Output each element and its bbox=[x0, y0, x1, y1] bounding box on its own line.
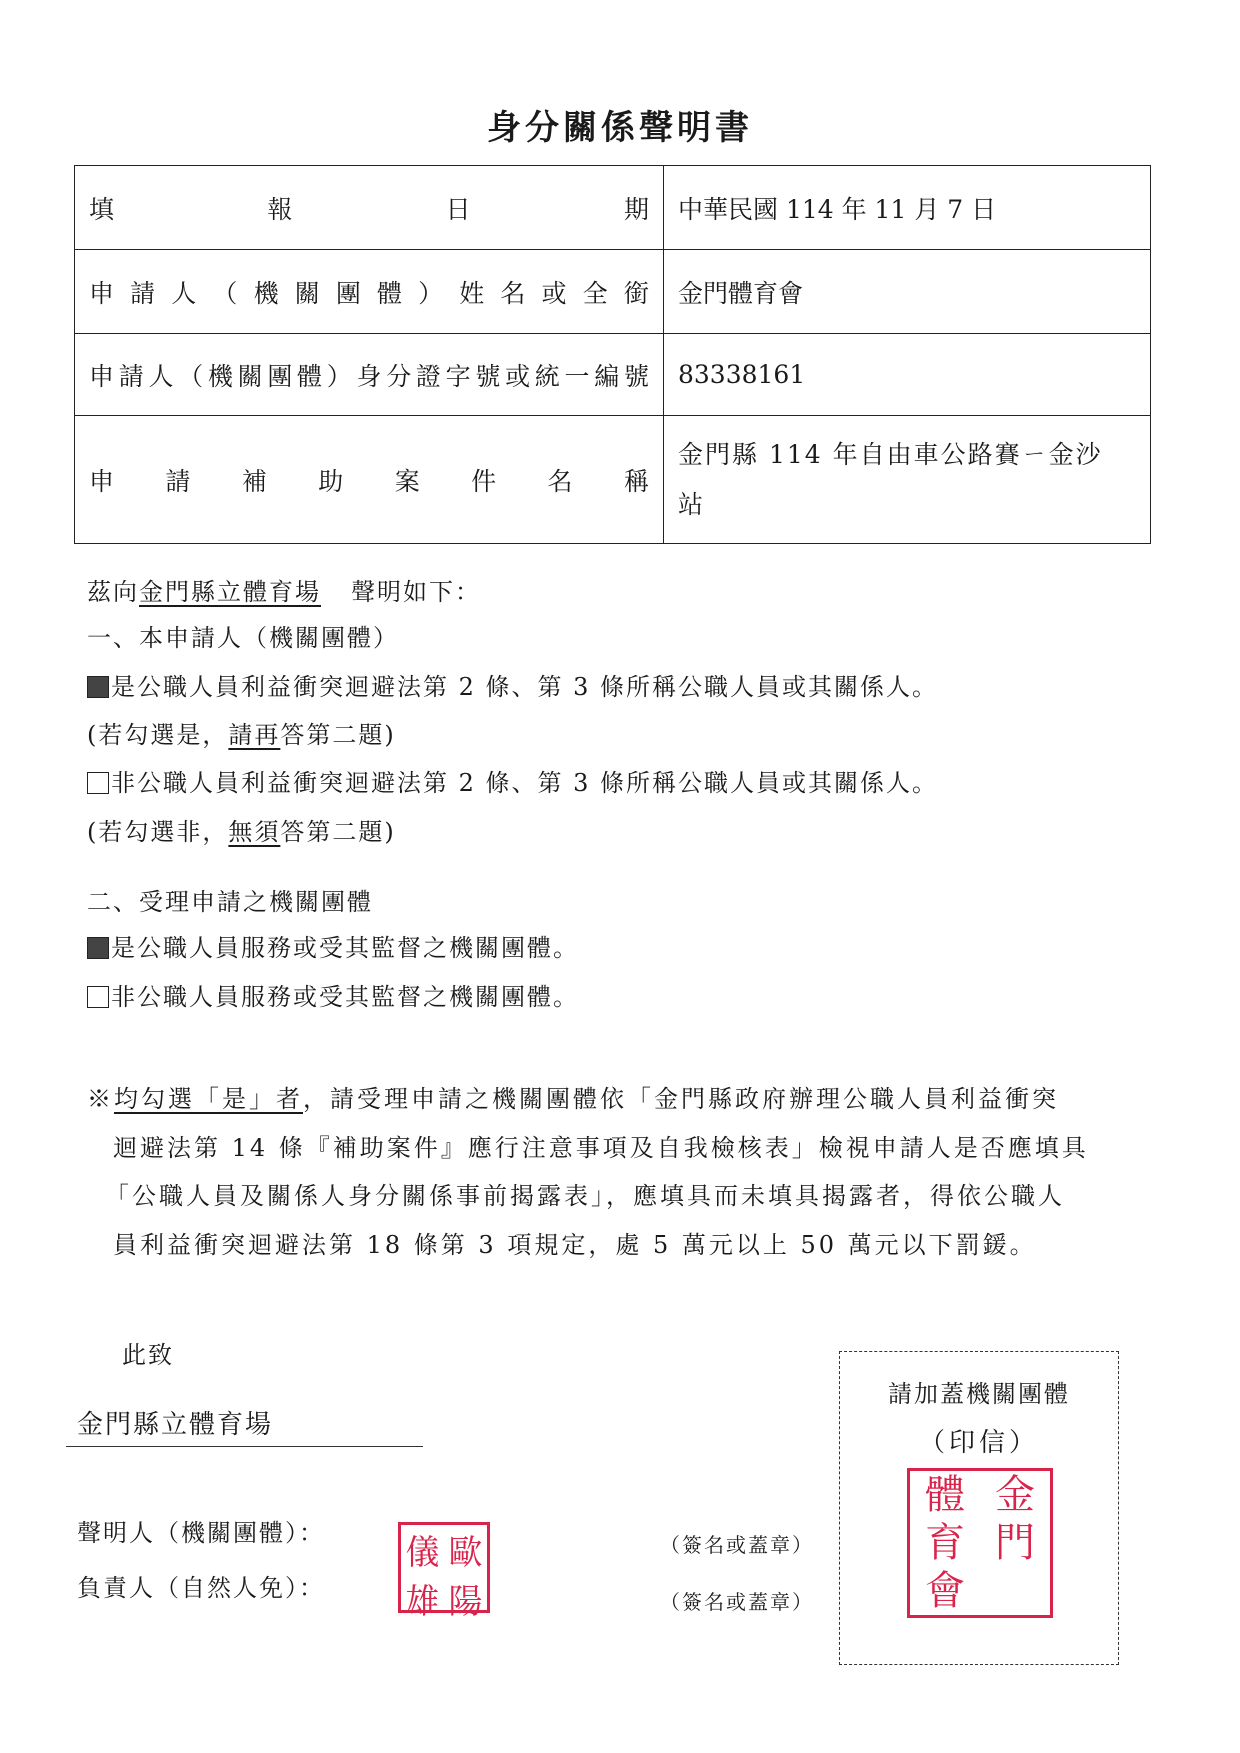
label-char: 一 bbox=[565, 357, 590, 393]
label-char: 統 bbox=[535, 357, 560, 393]
hint-yes-pre: (若勾選是， bbox=[87, 721, 228, 749]
label-char: 稱 bbox=[624, 462, 649, 498]
section1-option-yes-text: 是公職人員利益衝突迴避法第 2 條、第 3 條所稱公職人員或其關係人。 bbox=[111, 673, 938, 701]
case-name-line1: 金門縣 114 年自由車公路賽ㄧ金沙 bbox=[678, 430, 1136, 480]
checkbox-unchecked-icon[interactable] bbox=[87, 772, 109, 794]
label-char: 或 bbox=[542, 274, 567, 310]
org-seal: 體 金 育 門 會 bbox=[907, 1468, 1053, 1618]
label-char: 銜 bbox=[624, 274, 649, 310]
label-applicant-name: 申請人（機關團體）姓名或全銜 bbox=[75, 250, 664, 334]
note-line-1: ※均勾選「是」者，請受理申請之機關團體依「金門縣政府辦理公職人員利益衝突 bbox=[87, 1075, 1157, 1124]
label-char: （ bbox=[212, 274, 237, 310]
personal-seal: 儀 歐 雄 陽 bbox=[398, 1522, 490, 1613]
label-char: 名 bbox=[500, 274, 525, 310]
hint-no-pre: (若勾選非， bbox=[87, 818, 228, 846]
label-char: 編 bbox=[594, 357, 619, 393]
note-line-4: 員利益衝突迴避法第 18 條第 3 項規定，處 5 萬元以上 50 萬元以下罰鍰… bbox=[87, 1221, 1157, 1270]
label-char: 字 bbox=[446, 357, 471, 393]
value-applicant-id: 83338161 bbox=[664, 334, 1151, 416]
info-table: 填報日期 中華民國 114 年 11 月 7 日 申請人（機關團體）姓名或全銜 … bbox=[74, 165, 1151, 544]
label-char: 團 bbox=[336, 274, 361, 310]
hint-yes-post: 答第二題) bbox=[280, 721, 395, 749]
stamp-box-line2: （印信） bbox=[840, 1422, 1118, 1459]
section2-option-no-text: 非公職人員服務或受其監督之機關團體。 bbox=[111, 983, 579, 1011]
seal-char bbox=[980, 1567, 1050, 1615]
declarant-sign-hint: （簽名或蓋章） bbox=[660, 1530, 814, 1560]
intro-recipient: 金門縣立體育場 bbox=[139, 578, 351, 606]
label-char: 號 bbox=[475, 357, 500, 393]
section1-hint-yes: (若勾選是，請再答第二題) bbox=[87, 720, 396, 750]
label-char: 申 bbox=[89, 462, 114, 498]
section1-option-no[interactable]: 非公職人員利益衝突迴避法第 2 條、第 3 條所稱公職人員或其關係人。 bbox=[87, 768, 938, 798]
label-char: 分 bbox=[386, 357, 411, 393]
responsible-sign-hint: （簽名或蓋章） bbox=[660, 1587, 814, 1617]
seal-char: 金 bbox=[980, 1471, 1050, 1519]
checkbox-checked-icon[interactable] bbox=[87, 937, 109, 959]
label-char: 期 bbox=[624, 190, 649, 226]
label-char: 機 bbox=[208, 357, 233, 393]
label-char: 補 bbox=[242, 462, 267, 498]
stamp-box-line1: 請加蓋機關團體 bbox=[840, 1374, 1118, 1409]
value-case-name: 金門縣 114 年自由車公路賽ㄧ金沙 站 bbox=[664, 416, 1151, 544]
table-row-applicant-id: 申請人（機關團體）身分證字號或統一編號 83338161 bbox=[75, 334, 1151, 416]
section2-option-yes-text: 是公職人員服務或受其監督之機關團體。 bbox=[111, 934, 579, 962]
label-char: 體 bbox=[297, 357, 322, 393]
seal-char: 門 bbox=[980, 1519, 1050, 1567]
document-title: 身分關係聲明書 bbox=[0, 100, 1240, 149]
section2-heading: 二、受理申請之機關團體 bbox=[87, 887, 373, 917]
note-emphasis: 均勾選「是」者 bbox=[114, 1085, 303, 1113]
closing-salutation: 此致 bbox=[122, 1340, 174, 1370]
seal-char: 儀 bbox=[401, 1525, 444, 1574]
label-char: 姓 bbox=[459, 274, 484, 310]
section1-option-yes[interactable]: 是公職人員利益衝突迴避法第 2 條、第 3 條所稱公職人員或其關係人。 bbox=[87, 672, 938, 702]
label-char: 全 bbox=[583, 274, 608, 310]
label-char: 關 bbox=[238, 357, 263, 393]
label-char: 名 bbox=[548, 462, 573, 498]
seal-char: 雄 bbox=[401, 1574, 444, 1623]
note-paragraph: ※均勾選「是」者，請受理申請之機關團體依「金門縣政府辦理公職人員利益衝突 迴避法… bbox=[87, 1075, 1157, 1269]
note-line1-rest: ，請受理申請之機關團體依「金門縣政府辦理公職人員利益衝突 bbox=[303, 1085, 1059, 1113]
label-char: 證 bbox=[416, 357, 441, 393]
label-char: 報 bbox=[267, 190, 292, 226]
seal-char: 歐 bbox=[444, 1525, 487, 1574]
addressee-underline bbox=[66, 1446, 423, 1447]
label-char: ） bbox=[418, 274, 443, 310]
label-char: 請 bbox=[130, 274, 155, 310]
label-char: 號 bbox=[624, 357, 649, 393]
label-char: 件 bbox=[471, 462, 496, 498]
section1-heading: 一、本申請人（機關團體） bbox=[87, 623, 399, 653]
label-char: 申 bbox=[89, 274, 114, 310]
label-char: 助 bbox=[318, 462, 343, 498]
closing-addressee: 金門縣立體育場 bbox=[77, 1410, 273, 1440]
hint-no-post: 答第二題) bbox=[280, 818, 395, 846]
label-char: 關 bbox=[295, 274, 320, 310]
label-char: 人 bbox=[171, 274, 196, 310]
seal-char: 育 bbox=[910, 1519, 980, 1567]
section2-option-no[interactable]: 非公職人員服務或受其監督之機關團體。 bbox=[87, 982, 579, 1012]
value-applicant-name: 金門體育會 bbox=[664, 250, 1151, 334]
table-row-applicant-name: 申請人（機關團體）姓名或全銜 金門體育會 bbox=[75, 250, 1151, 334]
intro-suffix: 聲明如下： bbox=[351, 578, 481, 606]
section1-option-no-text: 非公職人員利益衝突迴避法第 2 條、第 3 條所稱公職人員或其關係人。 bbox=[111, 769, 938, 797]
section2-option-yes[interactable]: 是公職人員服務或受其監督之機關團體。 bbox=[87, 933, 579, 963]
seal-char: 陽 bbox=[444, 1574, 487, 1623]
label-char: 體 bbox=[377, 274, 402, 310]
label-char: ） bbox=[327, 357, 352, 393]
responsible-label: 負責人（自然人免）： bbox=[77, 1573, 325, 1603]
label-char: 或 bbox=[505, 357, 530, 393]
value-fill-date: 中華民國 114 年 11 月 7 日 bbox=[664, 166, 1151, 250]
checkbox-checked-icon[interactable] bbox=[87, 676, 109, 698]
label-char: 請 bbox=[165, 462, 190, 498]
section1-hint-no: (若勾選非，無須答第二題) bbox=[87, 817, 396, 847]
seal-char: 會 bbox=[910, 1567, 980, 1615]
label-char: 機 bbox=[254, 274, 279, 310]
label-char: 案 bbox=[395, 462, 420, 498]
label-char: 人 bbox=[148, 357, 173, 393]
hint-no-emph: 無須 bbox=[228, 818, 280, 846]
note-line-3: 「公職人員及關係人身分關係事前揭露表」，應填具而未填具揭露者，得依公職人 bbox=[87, 1172, 1157, 1221]
label-case-name: 申請補助案件名稱 bbox=[75, 416, 664, 544]
note-mark-icon: ※ bbox=[87, 1085, 114, 1113]
table-row-case-name: 申請補助案件名稱 金門縣 114 年自由車公路賽ㄧ金沙 站 bbox=[75, 416, 1151, 544]
note-line-2: 迴避法第 14 條『補助案件』應行注意事項及自我檢核表」檢視申請人是否應填具 bbox=[87, 1124, 1157, 1173]
hint-yes-emph: 請再 bbox=[228, 721, 280, 749]
label-fill-date: 填報日期 bbox=[75, 166, 664, 250]
label-char: 團 bbox=[267, 357, 292, 393]
label-char: 請 bbox=[119, 357, 144, 393]
label-char: 申 bbox=[89, 357, 114, 393]
intro-line: 茲向金門縣立體育場聲明如下： bbox=[87, 577, 481, 607]
case-name-line2: 站 bbox=[678, 480, 1136, 530]
table-row-fill-date: 填報日期 中華民國 114 年 11 月 7 日 bbox=[75, 166, 1151, 250]
intro-prefix: 茲向 bbox=[87, 578, 139, 606]
label-char: 填 bbox=[89, 190, 114, 226]
label-char: 日 bbox=[446, 190, 471, 226]
seal-char: 體 bbox=[910, 1471, 980, 1519]
declarant-label: 聲明人（機關團體）： bbox=[77, 1518, 325, 1548]
org-stamp-box: 請加蓋機關團體 （印信） 體 金 育 門 會 bbox=[839, 1351, 1119, 1665]
label-char: （ bbox=[178, 357, 203, 393]
label-char: 身 bbox=[356, 357, 381, 393]
label-applicant-id: 申請人（機關團體）身分證字號或統一編號 bbox=[75, 334, 664, 416]
checkbox-unchecked-icon[interactable] bbox=[87, 986, 109, 1008]
